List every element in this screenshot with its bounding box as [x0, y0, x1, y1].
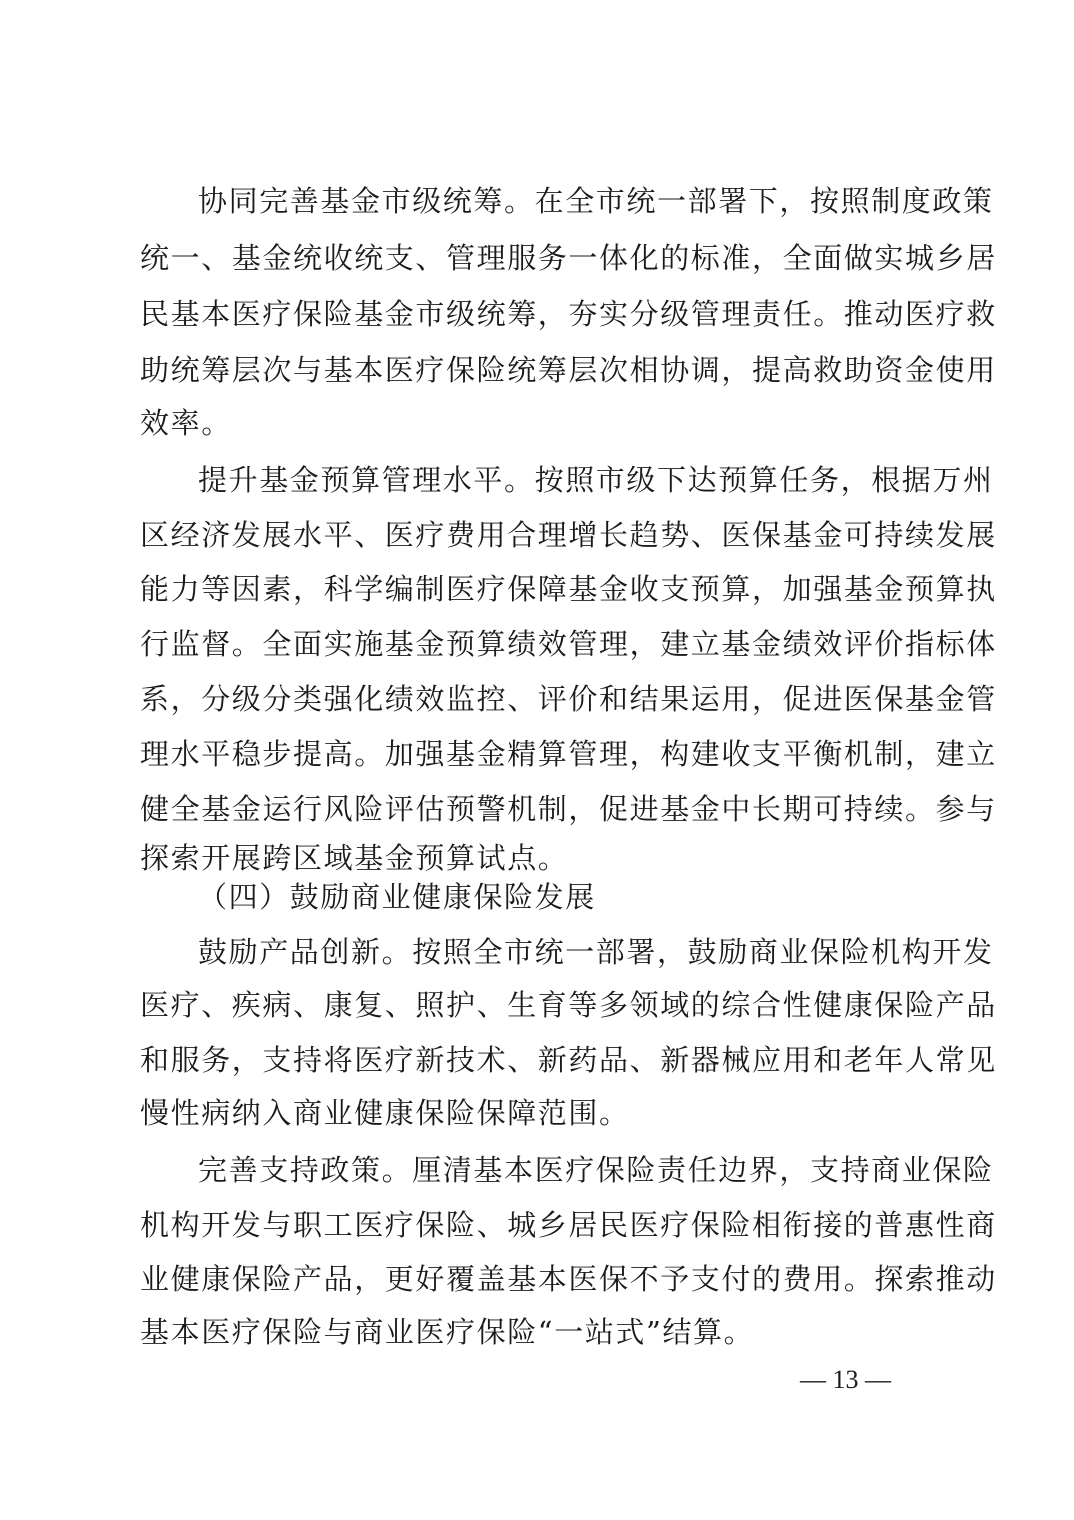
text-line: 系，分级分类强化绩效监控、评价和结果运用，促进医保基金管 [140, 679, 940, 719]
text-line: 探索开展跨区域基金预算试点。 [140, 838, 940, 878]
text-line: 鼓励产品创新。按照全市统一部署，鼓励商业保险机构开发 [198, 932, 940, 972]
text-line: 区经济发展水平、医疗费用合理增长趋势、医保基金可持续发展 [140, 515, 940, 555]
text-line: 慢性病纳入商业健康保险保障范围。 [140, 1093, 940, 1133]
document-page: 协同完善基金市级统筹。在全市统一部署下，按照制度政策 统一、基金统收统支、管理服… [0, 0, 1074, 1520]
text-line: 完善支持政策。厘清基本医疗保险责任边界，支持商业保险 [198, 1150, 940, 1190]
text-line: 民基本医疗保险基金市级统筹，夯实分级管理责任。推动医疗救 [140, 294, 940, 334]
text-line: 基本医疗保险与商业医疗保险“一站式”结算。 [140, 1312, 940, 1352]
text-line: 健全基金运行风险评估预警机制，促进基金中长期可持续。参与 [140, 789, 940, 829]
text-line: 机构开发与职工医疗保险、城乡居民医疗保险相衔接的普惠性商 [140, 1205, 940, 1245]
text-line: 医疗、疾病、康复、照护、生育等多领域的综合性健康保险产品 [140, 985, 940, 1025]
text-line: 业健康保险产品，更好覆盖基本医保不予支付的费用。探索推动 [140, 1259, 940, 1299]
text-line: 助统筹层次与基本医疗保险统筹层次相协调，提高救助资金使用 [140, 350, 940, 390]
text-line: 提升基金预算管理水平。按照市级下达预算任务，根据万州 [198, 460, 940, 500]
text-line: 能力等因素，科学编制医疗保障基金收支预算，加强基金预算执 [140, 569, 940, 609]
text-line: 协同完善基金市级统筹。在全市统一部署下，按照制度政策 [198, 181, 940, 221]
text-line: 理水平稳步提高。加强基金精算管理，构建收支平衡机制，建立 [140, 734, 940, 774]
text-line: 效率。 [140, 403, 940, 443]
text-line: 行监督。全面实施基金预算绩效管理，建立基金绩效评价指标体 [140, 624, 940, 664]
text-line: 和服务，支持将医疗新技术、新药品、新器械应用和老年人常见 [140, 1040, 940, 1080]
text-line: 统一、基金统收统支、管理服务一体化的标准，全面做实城乡居 [140, 238, 940, 278]
page-number: — 13 — [800, 1363, 891, 1397]
section-heading: （四）鼓励商业健康保险发展 [198, 877, 596, 917]
